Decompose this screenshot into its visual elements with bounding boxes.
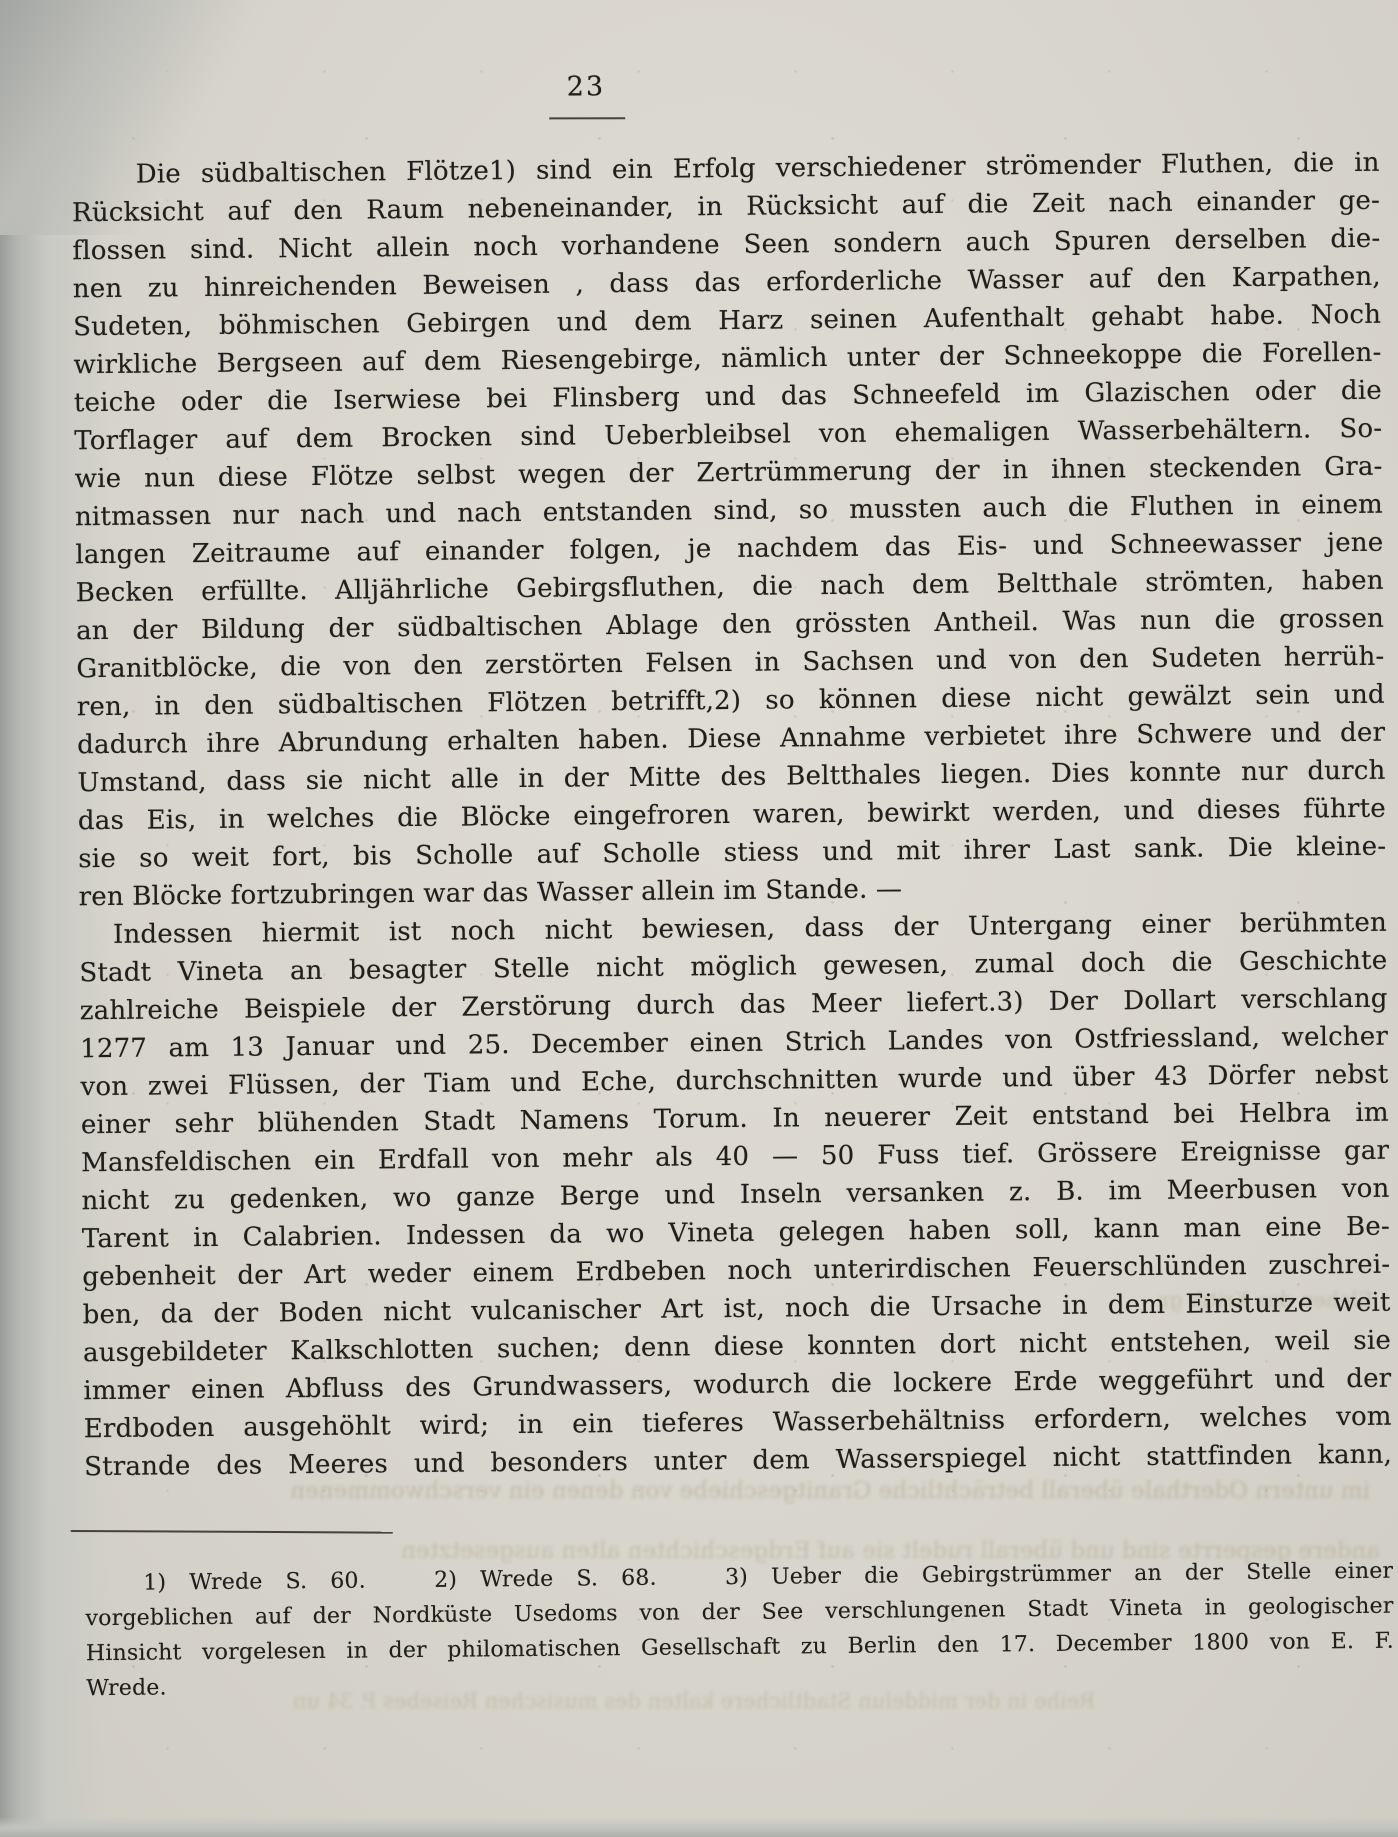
paragraph: Indessen hiermit ist noch nicht bewiesen… [79, 904, 1392, 1487]
body-text: Die südbaltischen Flötze1) sind ein Erfo… [72, 144, 1393, 1486]
page-number: 23 [526, 71, 646, 103]
footnote-separator-rule [71, 1530, 393, 1534]
page-bottom-edge-shadow [0, 1817, 1398, 1837]
page-number-rule [549, 117, 625, 119]
scanned-book-page: Elchen das Kritik gr im untern Oderthale… [0, 0, 1398, 1837]
footnotes: 1) Wrede S. 60. 2) Wrede S. 68. 3) Ueber… [85, 1554, 1394, 1707]
paragraph: Die südbaltischen Flötze1) sind ein Erfo… [72, 144, 1387, 917]
